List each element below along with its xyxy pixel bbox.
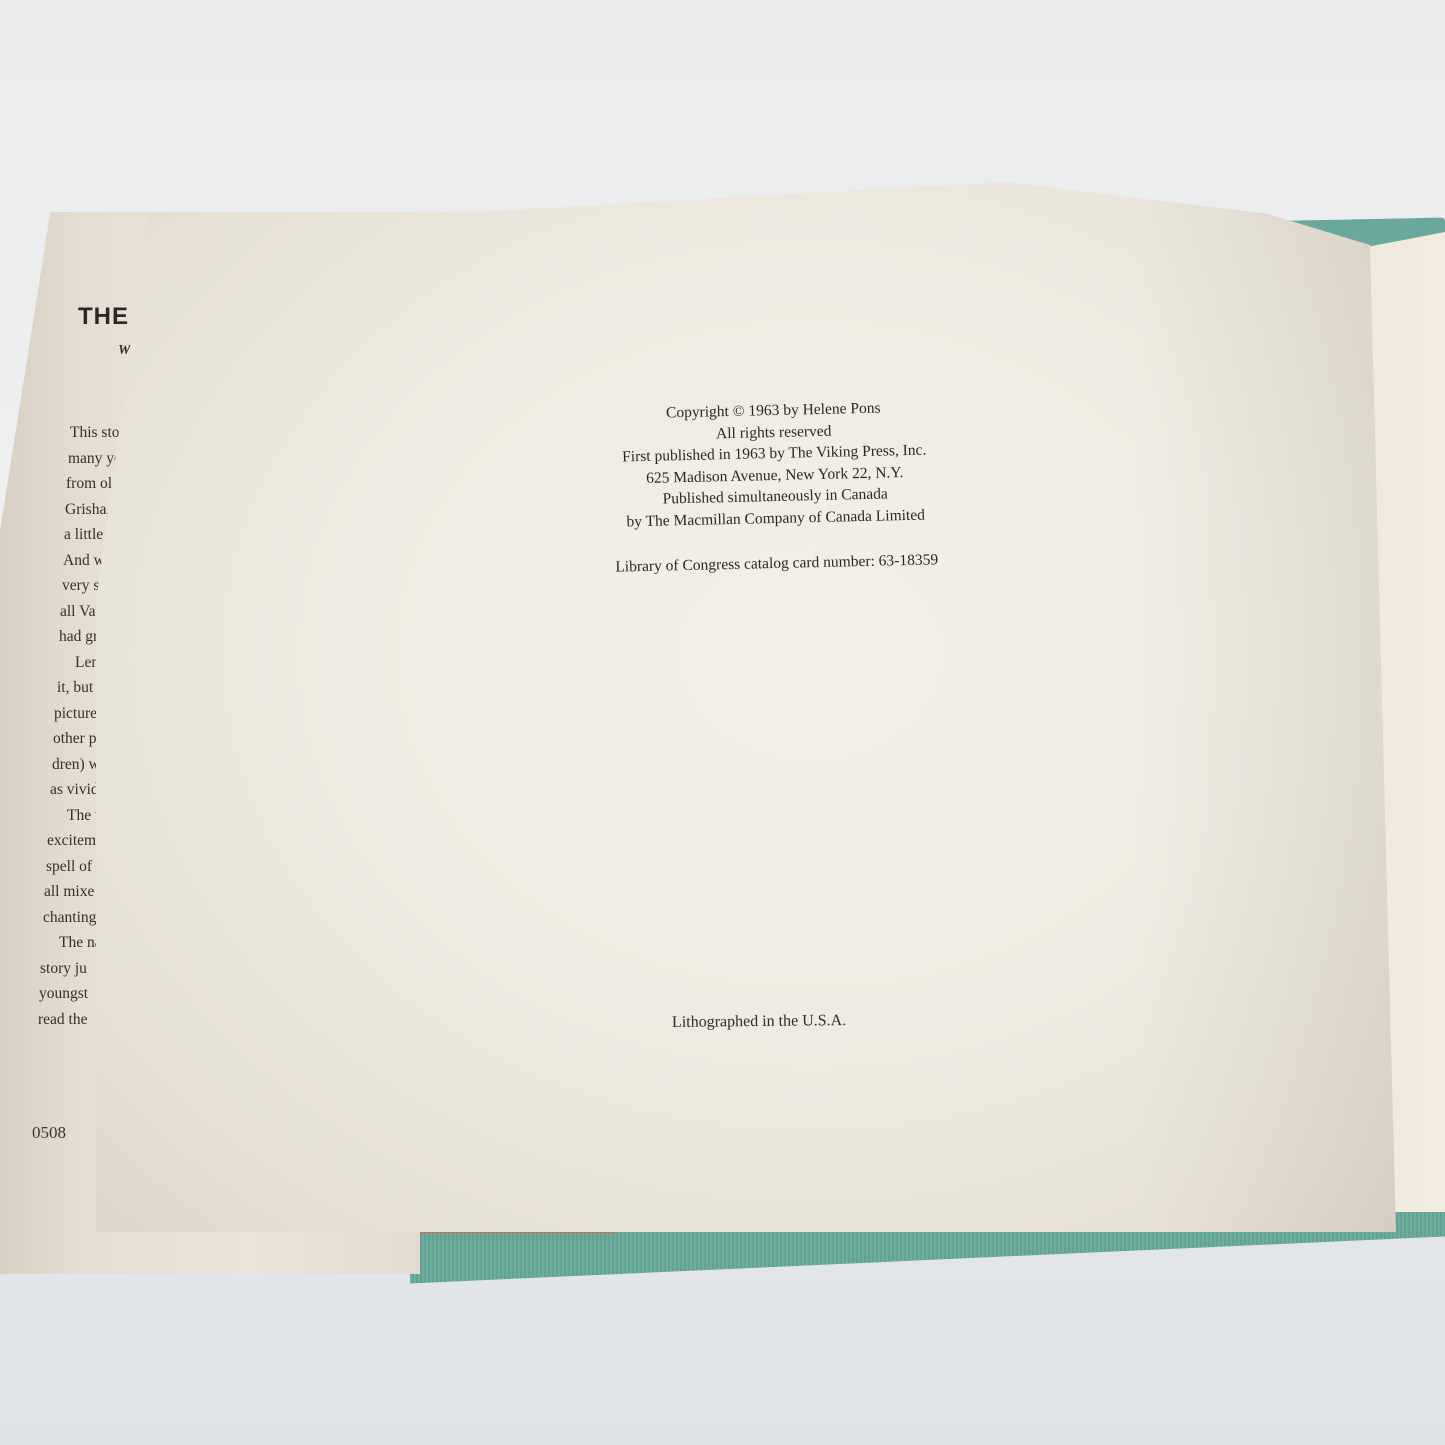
- jacket-code: 0508: [32, 1123, 66, 1143]
- copyright-page: [96, 182, 1396, 1232]
- printing-note: Lithographed in the U.S.A.: [672, 1012, 846, 1032]
- copyright-notice: Copyright © 1963 by Helene Pons All righ…: [538, 395, 1012, 580]
